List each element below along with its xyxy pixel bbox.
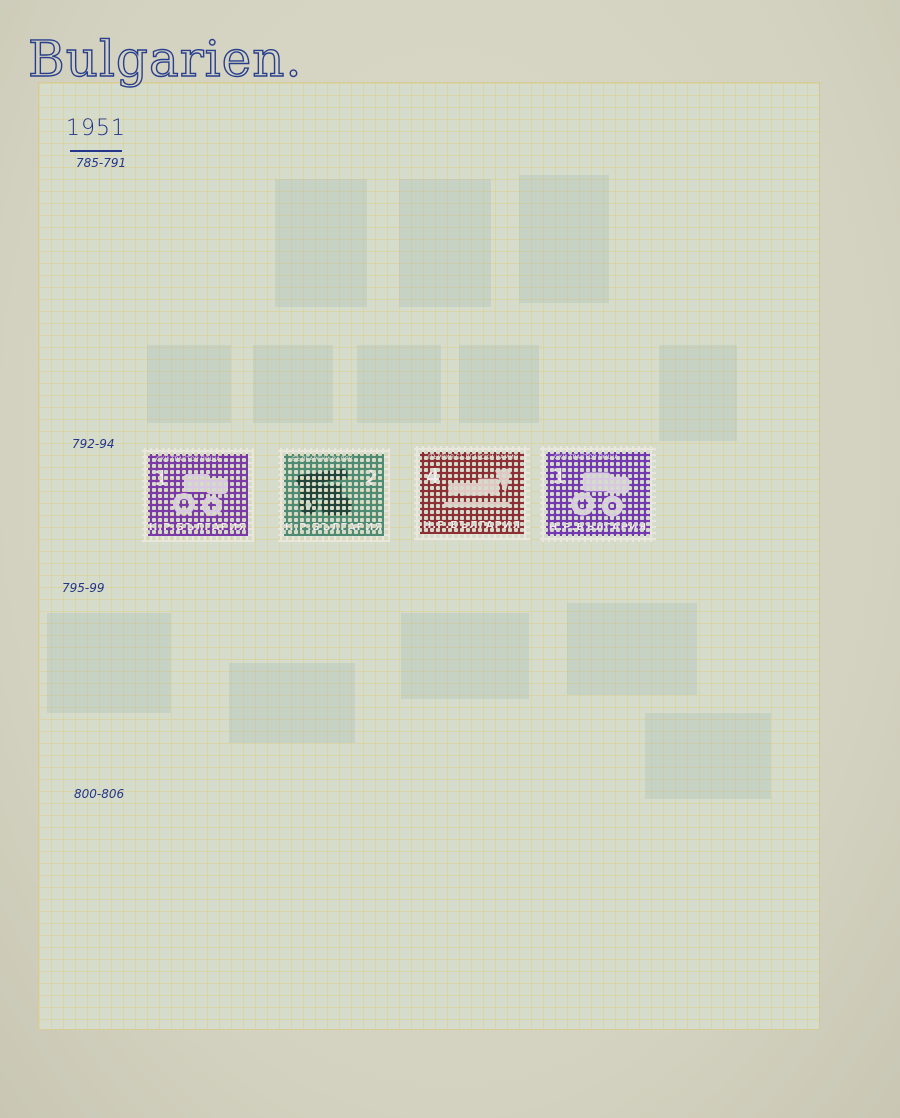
stamp-truck[interactable]: ПЪРВИЯ БЪЛГАРСКИ КАМИОН 4 Н.Р.БЪЛГАРИЯ: [414, 446, 530, 540]
ghost-stamp-outline: [519, 175, 609, 303]
ghost-stamp-outline: [399, 179, 491, 307]
graph-paper-grid: [38, 82, 820, 1030]
year-heading: 1951: [66, 116, 126, 141]
stamp-inscription: ПЪРВИЯ БЪЛГАРСКИ КАМИОН: [428, 454, 518, 461]
ghost-stamp-outline: [47, 613, 171, 713]
truck-icon: [442, 466, 516, 519]
stamp-inscription: БЪЛГАРСКИ ВАЛЯК: [292, 456, 378, 463]
ghost-stamp-outline: [459, 345, 539, 423]
catalog-range-label: 792-94: [72, 437, 115, 451]
ghost-stamp-outline: [401, 613, 529, 699]
stamp-tractor-2[interactable]: СКИ ТРАКТОР ПОЩА 1 Н.Р.БЪЛГАРИЯ: [540, 446, 656, 542]
year-underline: [70, 150, 122, 152]
stamp-inscription: СКИ ТРАКТОР ПОЩА: [554, 454, 644, 461]
stamp-denomination: 2: [364, 466, 378, 490]
stamp-face: СКИ ТРАКТОР ПОЩА 1 Н.Р.БЪЛГАРИЯ: [546, 452, 650, 536]
tractor-icon: [568, 466, 642, 519]
ghost-stamp-outline: [567, 603, 697, 695]
stamp-denomination: 1: [552, 464, 566, 488]
stamp-country: Н.Р.БЪЛГАРИЯ: [284, 522, 384, 533]
stamp-steam-roller[interactable]: БЪЛГАРСКИ ВАЛЯК 2 Н.Р.БЪЛГАРИЯ: [278, 448, 390, 542]
stamp-country: Н.Р.БЪЛГАРИЯ: [420, 520, 524, 531]
stamp-face: БЪЛГАРСКИ ВАЛЯК 2 Н.Р.БЪЛГАРИЯ: [284, 454, 384, 536]
catalog-range-label: 785-791: [76, 156, 126, 170]
ghost-stamp-outline: [275, 179, 367, 307]
ghost-stamp-outline: [645, 713, 771, 799]
stamp-denomination: 4: [426, 464, 440, 488]
catalog-range-label: 800-806: [74, 787, 124, 801]
country-title: Bulgarien.: [28, 30, 302, 88]
stamp-face: ПЪРВИЯ БЪЛГАРСКИ КАМИОН 4 Н.Р.БЪЛГАРИЯ: [420, 452, 524, 534]
ghost-stamp-outline: [229, 663, 355, 743]
stamp-inscription: СКИ ТРАКТОР ПОЩА: [156, 456, 242, 463]
stamp-tractor-1[interactable]: СКИ ТРАКТОР ПОЩА 1 Н.Р.БЪЛГАРИЯ: [142, 448, 254, 542]
stamp-face: СКИ ТРАКТОР ПОЩА 1 Н.Р.БЪЛГАРИЯ: [148, 454, 248, 536]
album-page: Bulgarien. 1951 785-791 792-94 795-99 80…: [0, 0, 900, 1118]
steam-roller-icon: [290, 468, 362, 519]
ghost-stamp-outline: [147, 345, 231, 423]
stamp-denomination: 1: [154, 466, 168, 490]
catalog-range-label: 795-99: [62, 581, 105, 595]
ghost-stamp-outline: [253, 345, 333, 423]
stamp-country: Н.Р.БЪЛГАРИЯ: [148, 522, 248, 533]
stamp-country: Н.Р.БЪЛГАРИЯ: [546, 522, 650, 533]
ghost-stamp-outline: [659, 345, 737, 441]
ghost-stamp-outline: [357, 345, 441, 423]
tractor-icon: [170, 468, 240, 518]
